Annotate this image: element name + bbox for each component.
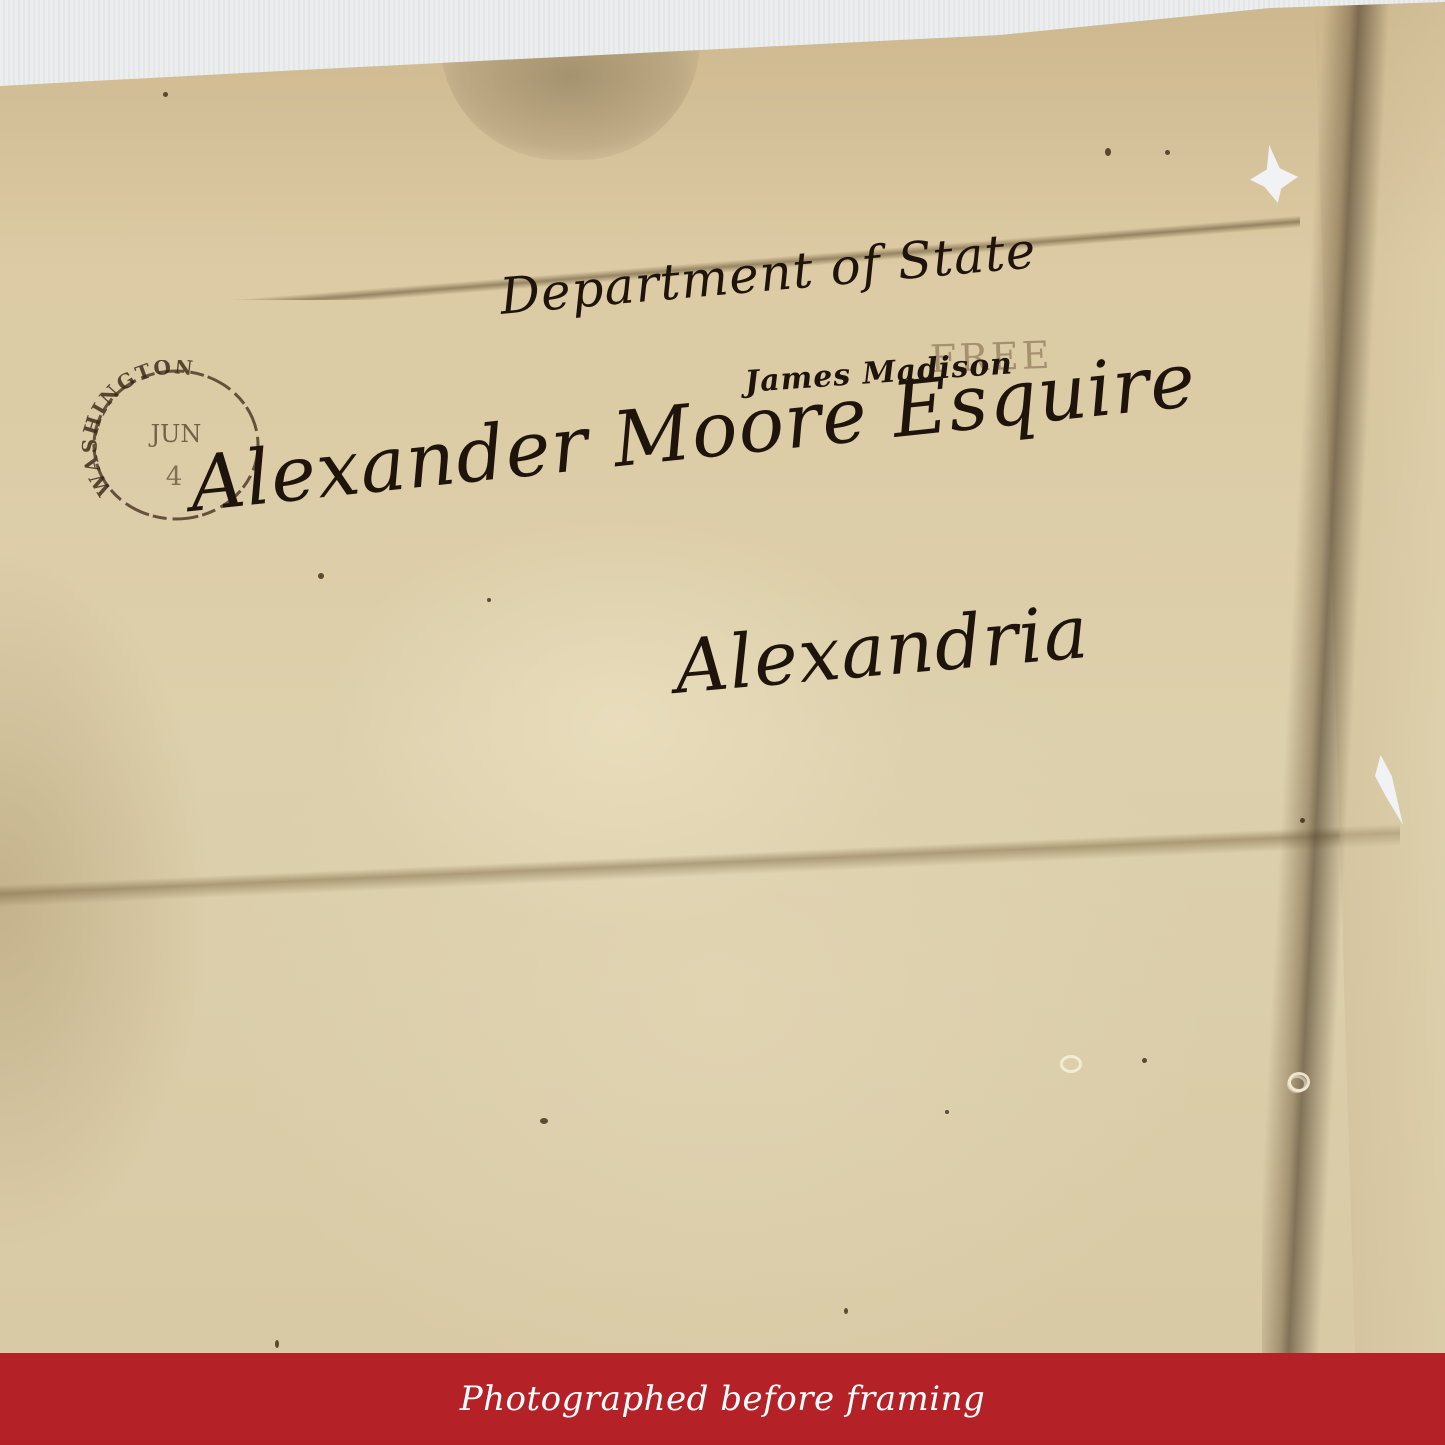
department-handwriting: Department of State <box>497 221 1038 326</box>
lower-fold-line <box>0 770 1400 930</box>
ink-spot <box>844 1308 848 1314</box>
ink-spot <box>945 1110 949 1114</box>
ink-spot <box>275 1340 279 1348</box>
letter-paper: WASHINGTON JUN 4 FREE Department of Stat… <box>0 0 1445 1353</box>
ink-spot <box>163 92 168 97</box>
ink-spot <box>540 1118 548 1124</box>
right-flap <box>1300 0 1445 1353</box>
ink-spot <box>318 573 324 579</box>
addressee-handwriting: Alexander Moore Esquire <box>185 335 1200 529</box>
ink-spot <box>1142 1058 1147 1063</box>
caption-bar: Photographed before framing <box>0 1353 1445 1445</box>
ink-spot <box>487 598 491 602</box>
city-handwriting: Alexandria <box>671 589 1092 711</box>
caption-text: Photographed before framing <box>460 1379 986 1419</box>
foxing-ring <box>1287 1075 1307 1093</box>
ink-spot <box>1165 150 1170 155</box>
ink-spot <box>1105 148 1111 156</box>
postmark-day: 4 <box>166 462 183 492</box>
foxing-ring <box>1060 1055 1082 1073</box>
ink-spot <box>1300 818 1305 823</box>
